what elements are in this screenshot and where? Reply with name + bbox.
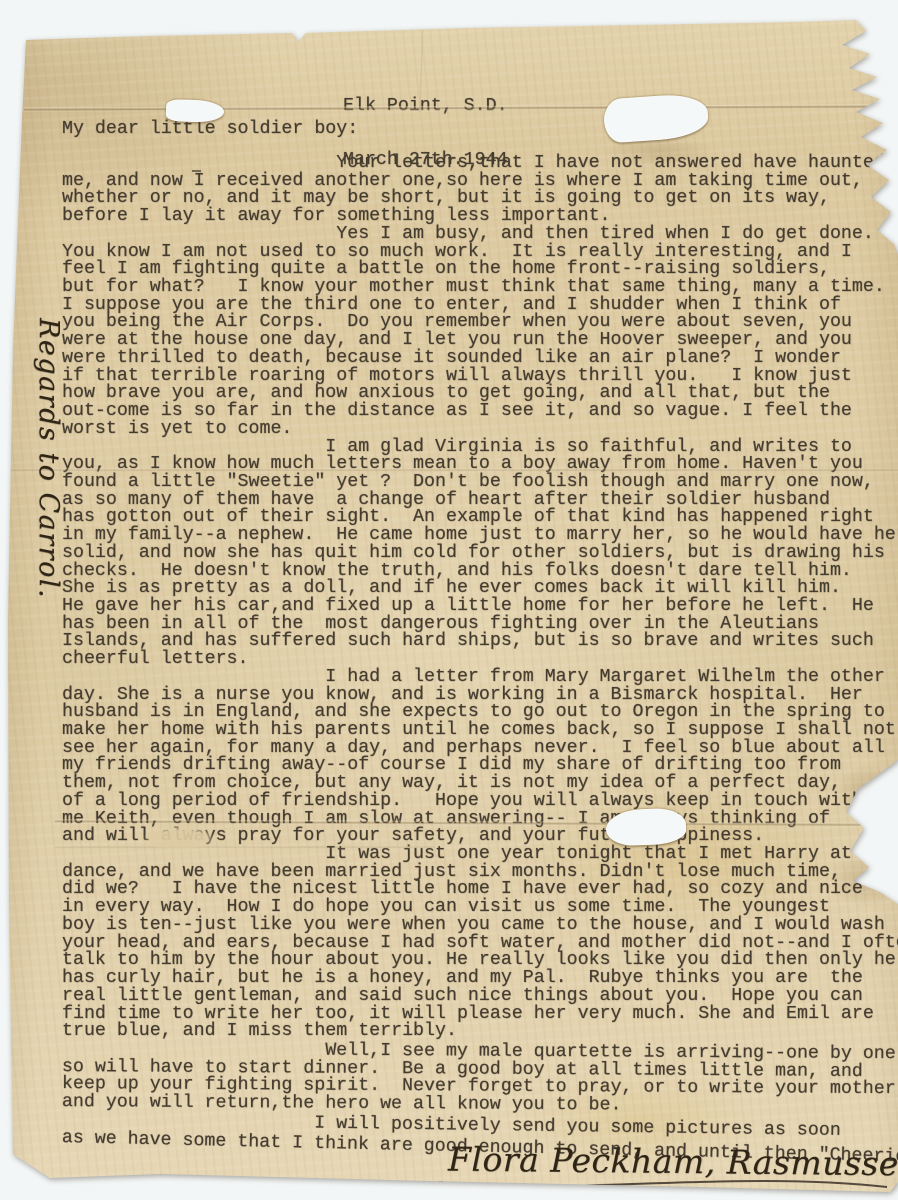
letter-line: solid, and now she has quit him cold for… [62,545,898,563]
letter-line: I had a letter from Mary Margaret Wilhel… [62,669,898,687]
letter-line: worst is yet to come. [62,421,898,439]
letter-line: of a long period of friendship. Hope you… [62,793,898,811]
letter-line: Yes I am busy, and then tired when I do … [62,226,898,244]
letter-line: were thrilled to death, because it sound… [62,350,898,368]
margin-note-handwritten: Regards to Carrol. [33,318,64,638]
letter-line: real little gentleman, and said such nic… [62,988,898,1006]
scanned-letter-scene: Elk Point, S.D. March 27th.1944 My dear … [0,0,898,1200]
letter-line: boy is ten--just like you were when you … [62,917,898,935]
letter-place-line: Elk Point, S.D. [343,98,508,116]
letter-line: found a little "Sweetie" yet ? Don't be … [62,474,898,492]
paper-sheet: Elk Point, S.D. March 27th.1944 My dear … [0,0,898,1200]
letter-body: Your letters,that I have not answered ha… [62,155,898,1147]
letter-paper: Elk Point, S.D. March 27th.1944 My dear … [0,0,898,1200]
paper-hole-right [603,92,710,143]
paper-smudge [150,830,208,846]
letter-salutation: My dear little soldier boy: [62,121,358,139]
stray-typed-dash [192,170,201,172]
signature-handwritten: Flora Peckham, Rasmussen [448,1140,898,1184]
letter-line: true blue, and I miss them terribly. [62,1023,898,1041]
paper-hole-left [166,99,225,123]
